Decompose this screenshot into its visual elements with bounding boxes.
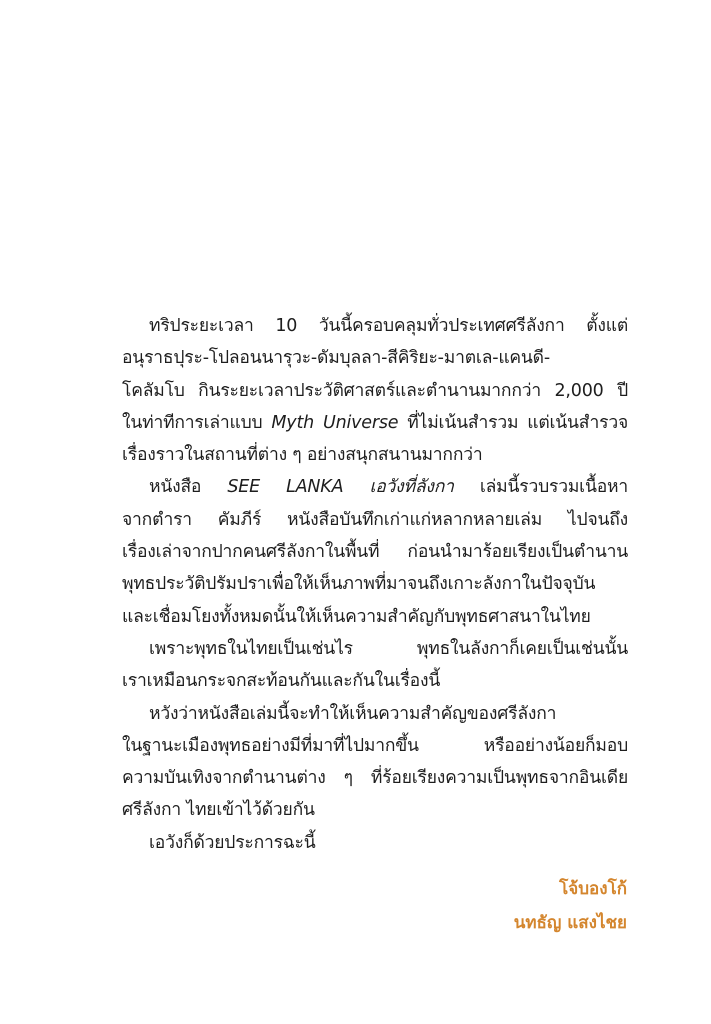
text-line: ความบันเทิงจากตำนานต่าง ๆ ที่ร้อยเรียงคว…: [122, 762, 628, 794]
text-line: เราเหมือนกระจกสะท้อนกันและกันในเรื่องนี้: [122, 665, 628, 697]
text-line: หนังสือ SEE LANKA เอวังที่ลังกา เล่มนี้ร…: [122, 471, 628, 503]
text-line: เรื่องเล่าจากปากคนศรีลังกาในพื้นที่ ก่อน…: [122, 536, 628, 568]
text-span: ที่ไม่เน้นสำรวม แต่เน้นสำรวจ: [398, 413, 628, 433]
text-line: อนุราธปุระ-โปลอนนารุวะ-ดัมบุลลา-สีคิริยะ…: [122, 342, 628, 374]
text-span: หนังสือ: [149, 477, 227, 497]
emphasis-book-title: SEE LANKA เอวังที่ลังกา: [227, 477, 453, 497]
text-line: ทริประยะเวลา 10 วันนี้ครอบคลุมทั่วประเทศ…: [122, 310, 628, 342]
text-line: เอวังก็ด้วยประการฉะนี้: [122, 827, 628, 859]
emphasis-myth-universe: Myth Universe: [271, 413, 398, 433]
text-line: เพราะพุทธในไทยเป็นเช่นไร พุทธในลังกาก็เค…: [122, 633, 628, 665]
text-span: ในท่าทีการเล่าแบบ: [122, 413, 271, 433]
author-signature: โจ้บองโก้ นทธัญ แสงไชย: [514, 872, 627, 940]
text-line: และเชื่อมโยงทั้งหมดนั้นให้เห็นความสำคัญก…: [122, 601, 628, 633]
text-line: พุทธประวัติปรัมปราเพื่อให้เห็นภาพที่มาจน…: [122, 568, 628, 600]
text-line: ศรีลังกา ไทยเข้าไว้ด้วยกัน: [122, 794, 628, 826]
text-line: จากตำรา คัมภีร์ หนังสือบันทึกเก่าแก่หลาก…: [122, 504, 628, 536]
text-line: ในฐานะเมืองพุทธอย่างมีที่มาที่ไปมากขึ้น …: [122, 730, 628, 762]
text-line: โคลัมโบ กินระยะเวลาประวัติศาสตร์และตำนาน…: [122, 375, 628, 407]
text-line: ในท่าทีการเล่าแบบ Myth Universe ที่ไม่เน…: [122, 407, 628, 439]
preface-body: ทริประยะเวลา 10 วันนี้ครอบคลุมทั่วประเทศ…: [122, 310, 628, 859]
text-span: เล่มนี้รวบรวมเนื้อหา: [454, 477, 628, 497]
text-line: เรื่องราวในสถานที่ต่าง ๆ อย่างสนุกสนานมา…: [122, 439, 628, 471]
author-pen-name: โจ้บองโก้: [514, 872, 627, 906]
text-line: หวังว่าหนังสือเล่มนี้จะทำให้เห็นความสำคั…: [122, 698, 628, 730]
author-full-name: นทธัญ แสงไชย: [514, 906, 627, 940]
